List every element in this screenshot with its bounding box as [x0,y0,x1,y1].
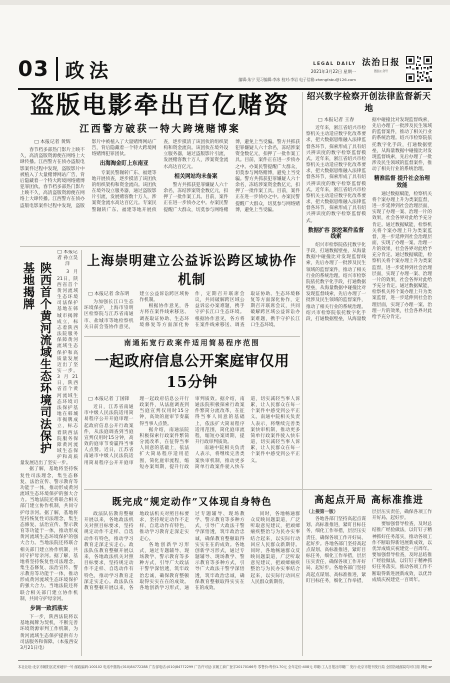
qr-label: 微信公众号 [374,69,388,73]
header-right: LEGAL DAILY 2021年3月22日 星期一 编辑:朱宁 见习编辑:李冰… [239,56,433,83]
article-gaoqidian: 高起点开局 高标准推进 （上接第一版）各地各部门坚持高起点谋划、高标准推进，紧盯… [306,492,432,655]
paper-edge-bottom [0,676,450,683]
page-header: 03 政法 LEGAL DAILY 2021年3月22日 星期一 编辑:朱宁 见… [18,52,432,86]
article-nantong: 南通拓宽行政案件适用简易程序范围 一起政府信息公开案庭审仅用15分钟 □ 本报记… [84,338,300,485]
header-divider [56,57,58,81]
shaanxi-body: 陕西首个黄河流域生态环境司法保护基地揭牌 □ 本报记者 孙立昊洋3月21日，陕西… [20,250,78,656]
gaoqidian-headline: 高起点开局 高标准推进 [306,492,432,506]
article-piracy: 盗版电影牵出百亿赌资 江西警方破获一特大跨境赌博案 □ 本报记者 黄辉春节档多部… [20,92,300,244]
divider-under-lead [20,246,300,247]
piracy-body: □ 本报记者 黄辉春节档多部热门影片上映不久，高清盗版资源便在网络上大肆传播。江… [20,140,300,244]
piracy-deck: 江西警方破获一特大跨境赌博案 [20,121,300,135]
chongming-headline: 上海崇明建立公益诉讼跨区域协作机制 [84,250,300,288]
qr-code-icon [406,56,432,82]
shaoxing-body: □ 本报记者 王春近年来，浙江省绍兴市检察机关主动适应数字化改革要求，把大数据思… [306,118,432,484]
article-shaoxing: 绍兴数字检察开创法律监督新天地 □ 本报记者 王春近年来，浙江省绍兴市检察机关主… [306,90,432,484]
shaanxi-vertical-headline: 陕西首个黄河流域生态环境司法保护基地揭牌 [20,262,54,456]
gaoqidian-body: （上接第一版）各地各部门坚持高起点谋划、高标准推进，紧盯目标任务，细化工作举措，… [306,510,432,653]
divider-center-right [302,92,303,656]
paper-edge-top [0,0,450,5]
masthead: 法治日报 微信公众号 [362,56,400,73]
header-left: 03 政法 [18,56,113,83]
nantong-kicker: 南通拓宽行政案件适用简易程序范围 [84,338,300,348]
divider-above-bottom-band [84,489,432,490]
footer-imprint: 本社社址:北京市朝阳区花家地甲一号 邮政编码:100102 电话中继线:(010… [18,663,432,673]
nantong-body: □ 本报记者 丁国锋近日，江苏省南通市中级人民法院适用简易程序公开开庭审理一起政… [84,397,300,485]
shaoxing-headline: 绍兴数字检察开创法律监督新天地 [306,90,432,114]
article-chongming: 上海崇明建立公益诉讼跨区域协作机制 □ 本报记者 余东明为加强长江口生态环境保护… [84,250,300,336]
nantong-headline: 一起政府信息公开案庭审仅用15分钟 [84,350,300,392]
date-line: 2021年3月22日 星期一 [311,69,356,75]
header-meta: LEGAL DAILY 2021年3月22日 星期一 编辑:朱宁 见习编辑:李冰… [239,56,356,83]
divider-left-center [81,250,82,656]
tese-body: 政法队伍教育整顿开展以来，各地政法机关对照目标要求，坚持规定动作不走样、自选动作… [84,512,300,652]
english-name: LEGAL DAILY [313,62,356,67]
footer-rule [18,660,432,661]
section-title: 政法 [65,56,113,83]
newspaper-page: 03 政法 LEGAL DAILY 2021年3月22日 星期一 编辑:朱宁 见… [0,0,450,683]
article-tese: 既完成“规定动作”又体现自身特色 政法队伍教育整顿开展以来，各地政法机关对照目标… [84,494,300,654]
tese-headline: 既完成“规定动作”又体现自身特色 [84,494,300,508]
piracy-headline: 盗版电影牵出百亿赌资 [20,92,300,118]
staff-line: 编辑:朱宁 见习编辑:李冰 校对:李岩 电子信箱:zhengfabu@126.c… [239,77,356,83]
article-shaanxi: 陕西首个黄河流域生态环境司法保护基地揭牌 □ 本报记者 孙立昊洋3月21日，陕西… [20,250,78,656]
masthead-title: 法治日报 [362,56,400,68]
chongming-body: □ 本报记者 余东明为加强长江口生态环境保护，上海市崇明区检察院与江苏省南通市、… [84,292,300,336]
divider-under-chongming [84,336,300,337]
page-number: 03 [18,57,49,81]
